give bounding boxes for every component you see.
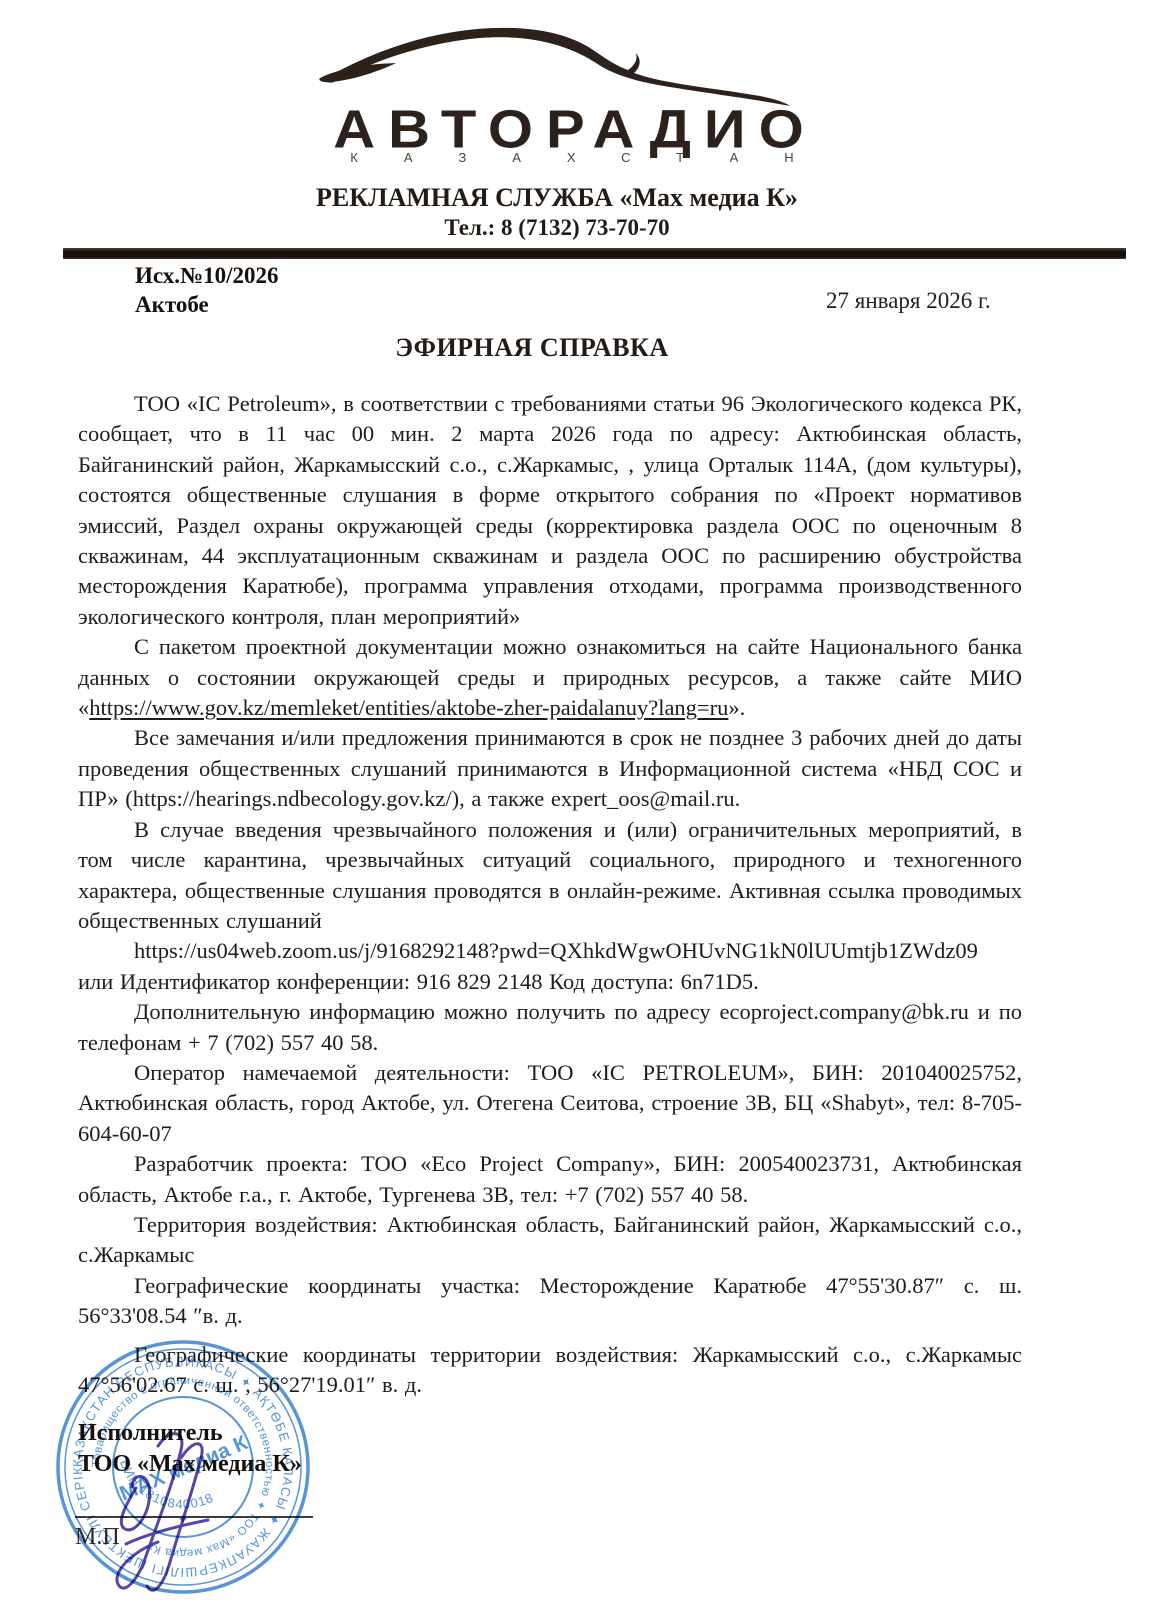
conference-id-line: или Идентификатор конференции: 916 829 2… xyxy=(78,967,1022,997)
letter-body: ТОО «IC Petroleum», в соответствии с тре… xyxy=(78,389,1022,1400)
paragraph-developer: Разработчик проекта: ТОО «Eco Project Co… xyxy=(78,1149,1022,1210)
autoradio-car-logo-icon xyxy=(312,22,798,106)
paragraph-feedback: Все замечания и/или предложения принимаю… xyxy=(78,723,1022,814)
paragraph-documentation-tail: ». xyxy=(728,695,745,720)
paragraph-documentation: С пакетом проектной документации можно о… xyxy=(78,632,1022,723)
logo-country-label: КАЗАХСТАН xyxy=(0,150,1163,165)
gov-portal-link: https://www.gov.kz/memleket/entities/akt… xyxy=(89,695,728,720)
header-divider xyxy=(63,248,1126,259)
advertising-service-line: РЕКЛАМНАЯ СЛУЖБА «Мах медиа К» xyxy=(0,183,1114,213)
paragraph-impact-territory: Территория воздействия: Актюбинская обла… xyxy=(78,1210,1022,1271)
paragraph-additional-info: Дополнительную информацию можно получить… xyxy=(78,997,1022,1058)
paragraph-site-coordinates: Географические координаты участка: Место… xyxy=(78,1271,1022,1332)
handwritten-signature xyxy=(96,1424,246,1600)
zoom-meeting-link: https://us04web.zoom.us/j/9168292148?pwd… xyxy=(78,936,1022,966)
letter-date: 27 января 2026 г. xyxy=(826,288,991,314)
paragraph-emergency: В случае введения чрезвычайного положени… xyxy=(78,815,1022,937)
letter-meta: Исх.№10/2026 Актобе xyxy=(135,261,279,319)
paragraph-announcement: ТОО «IC Petroleum», в соответствии с тре… xyxy=(78,389,1022,632)
paragraph-operator: Оператор намечаемой деятельности: ТОО «I… xyxy=(78,1058,1022,1149)
city-label: Актобе xyxy=(135,290,279,319)
header-phone: Тел.: 8 (7132) 73-70-70 xyxy=(0,215,1114,241)
document-title: ЭФИРНАЯ СПРАВКА xyxy=(0,333,1064,363)
document-page: АВТОРАДИО КАЗАХСТАН РЕКЛАМНАЯ СЛУЖБА «Ма… xyxy=(0,0,1163,1600)
outgoing-number: Исх.№10/2026 xyxy=(135,261,279,290)
